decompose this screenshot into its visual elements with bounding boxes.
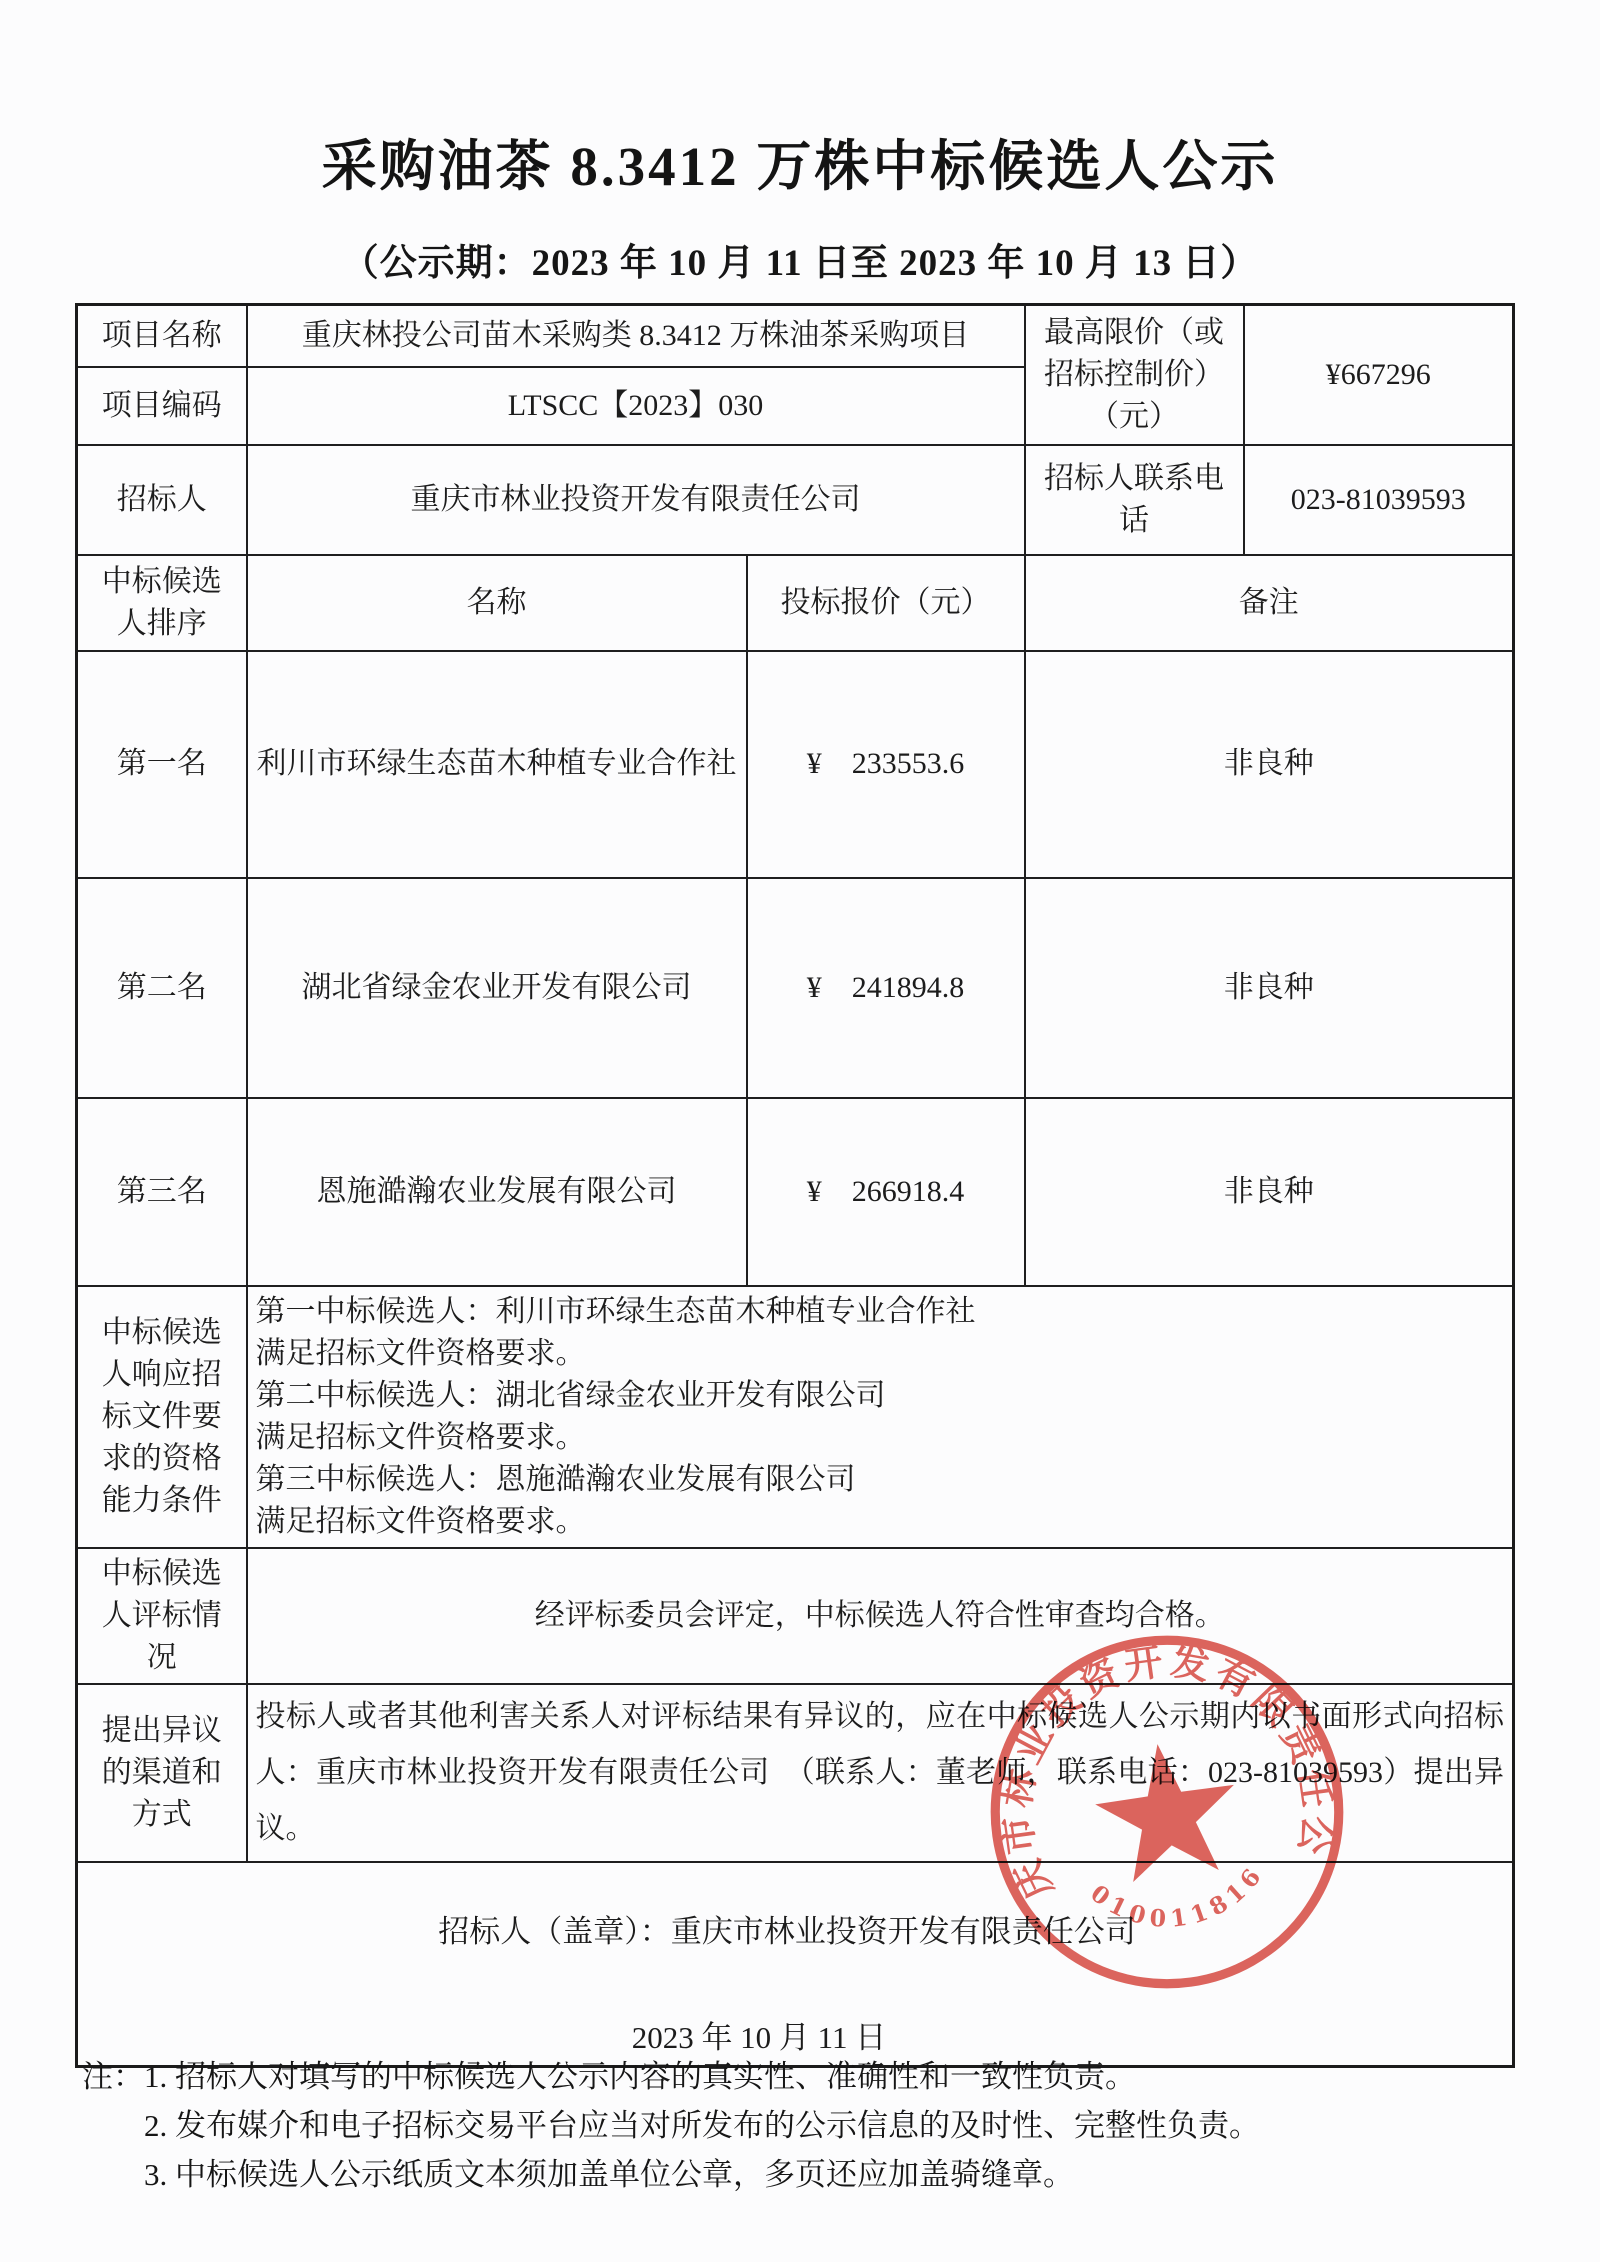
objection-text: 投标人或者其他利害关系人对评标结果有异议的，应在中标候选人公示期内以书面形式向招… — [256, 1689, 1505, 1857]
table-row: 招标人 重庆市林业投资开发有限责任公司 招标人联系电话 023-81039593 — [77, 445, 1514, 555]
project-code-value: LTSCC【2023】030 — [247, 367, 1025, 445]
footnote-item: 2. 发布媒介和电子招标交易平台应当对所发布的公示信息的及时性、完整性负责。 — [144, 2101, 1482, 2150]
publicity-period-subtitle: （公示期：2023 年 10 月 11 日至 2023 年 10 月 13 日） — [0, 232, 1600, 286]
price-header: 投标报价（元） — [747, 555, 1025, 651]
rank-cell: 第一名 — [77, 651, 247, 878]
qualification-label: 中标候选人响应招标文件要求的资格能力条件 — [77, 1286, 247, 1548]
max-price-label: 最高限价（或招标控制价）（元） — [1025, 305, 1244, 445]
footnotes: 注： 1. 招标人对填写的中标候选人公示内容的真实性、准确性和一致性负责。 2.… — [82, 2052, 1482, 2199]
bid-price-cell: ¥ 266918.4 — [747, 1098, 1025, 1286]
tenderer-stamp-line: 招标人（盖章）：重庆市林业投资开发有限责任公司 — [86, 1910, 1504, 1953]
qualification-content: 第一中标候选人：利川市环绿生态苗木种植专业合作社 满足招标文件资格要求。 第二中… — [247, 1286, 1514, 1548]
footnote-item: 1. 招标人对填写的中标候选人公示内容的真实性、准确性和一致性负责。 — [144, 2052, 1482, 2101]
bid-price-cell: ¥ 233553.6 — [747, 651, 1025, 878]
name-header: 名称 — [247, 555, 747, 651]
remark-cell: 非良种 — [1025, 1098, 1514, 1286]
rank-cell: 第三名 — [77, 1098, 247, 1286]
rank-header: 中标候选人排序 — [77, 555, 247, 651]
objection-content: 投标人或者其他利害关系人对评标结果有异议的，应在中标候选人公示期内以书面形式向招… — [247, 1684, 1514, 1862]
qualification-line: 第三中标候选人：恩施澔瀚农业发展有限公司 — [256, 1459, 1505, 1501]
bid-price-cell: ¥ 241894.8 — [747, 878, 1025, 1098]
candidate-name-cell: 湖北省绿金农业开发有限公司 — [247, 878, 747, 1098]
project-name-label: 项目名称 — [77, 305, 247, 367]
qualification-line: 满足招标文件资格要求。 — [256, 1333, 1505, 1375]
rank-cell: 第二名 — [77, 878, 247, 1098]
project-name-value: 重庆林投公司苗木采购类 8.3412 万株油茶采购项目 — [247, 305, 1025, 367]
candidate-name-cell: 利川市环绿生态苗木种植专业合作社 — [247, 651, 747, 878]
tenderer-phone-value: 023-81039593 — [1244, 445, 1514, 555]
table-row: 项目名称 重庆林投公司苗木采购类 8.3412 万株油茶采购项目 最高限价（或招… — [77, 305, 1514, 367]
objection-row: 提出异议的渠道和方式 投标人或者其他利害关系人对评标结果有异议的，应在中标候选人… — [77, 1684, 1514, 1862]
remark-cell: 非良种 — [1025, 651, 1514, 878]
evaluation-content: 经评标委员会评定，中标候选人符合性审查均合格。 — [247, 1548, 1514, 1684]
qualification-line: 满足招标文件资格要求。 — [256, 1417, 1505, 1459]
footnote-item: 3. 中标候选人公示纸质文本须加盖单位公章，多页还应加盖骑缝章。 — [144, 2150, 1482, 2199]
tenderer-phone-label: 招标人联系电话 — [1025, 445, 1244, 555]
objection-label: 提出异议的渠道和方式 — [77, 1684, 247, 1862]
page-title: 采购油茶 8.3412 万株中标候选人公示 — [0, 122, 1600, 201]
candidate-row: 第三名 恩施澔瀚农业发展有限公司 ¥ 266918.4 非良种 — [77, 1098, 1514, 1286]
candidate-row: 第二名 湖北省绿金农业开发有限公司 ¥ 241894.8 非良种 — [77, 878, 1514, 1098]
qualification-line: 第二中标候选人：湖北省绿金农业开发有限公司 — [256, 1375, 1505, 1417]
tenderer-label: 招标人 — [77, 445, 247, 555]
project-code-label: 项目编码 — [77, 367, 247, 445]
qualification-line: 满足招标文件资格要求。 — [256, 1501, 1505, 1543]
remark-cell: 非良种 — [1025, 878, 1514, 1098]
announcement-table: 项目名称 重庆林投公司苗木采购类 8.3412 万株油茶采购项目 最高限价（或招… — [75, 303, 1515, 2068]
signature-row: 招标人（盖章）：重庆市林业投资开发有限责任公司 2023 年 10 月 11 日 — [77, 1862, 1514, 2067]
evaluation-row: 中标候选人评标情况 经评标委员会评定，中标候选人符合性审查均合格。 — [77, 1548, 1514, 1684]
candidates-header-row: 中标候选人排序 名称 投标报价（元） 备注 — [77, 555, 1514, 651]
qualification-row: 中标候选人响应招标文件要求的资格能力条件 第一中标候选人：利川市环绿生态苗木种植… — [77, 1286, 1514, 1548]
qualification-line: 第一中标候选人：利川市环绿生态苗木种植专业合作社 — [256, 1291, 1505, 1333]
footnote-prefix: 注： — [82, 2052, 144, 2101]
tenderer-value: 重庆市林业投资开发有限责任公司 — [247, 445, 1025, 555]
remark-header: 备注 — [1025, 555, 1514, 651]
announcement-page: 采购油茶 8.3412 万株中标候选人公示 （公示期：2023 年 10 月 1… — [0, 0, 1600, 2262]
signature-cell: 招标人（盖章）：重庆市林业投资开发有限责任公司 2023 年 10 月 11 日 — [77, 1862, 1514, 2067]
candidate-name-cell: 恩施澔瀚农业发展有限公司 — [247, 1098, 747, 1286]
candidate-row: 第一名 利川市环绿生态苗木种植专业合作社 ¥ 233553.6 非良种 — [77, 651, 1514, 878]
max-price-value: ¥667296 — [1244, 305, 1514, 445]
evaluation-label: 中标候选人评标情况 — [77, 1548, 247, 1684]
